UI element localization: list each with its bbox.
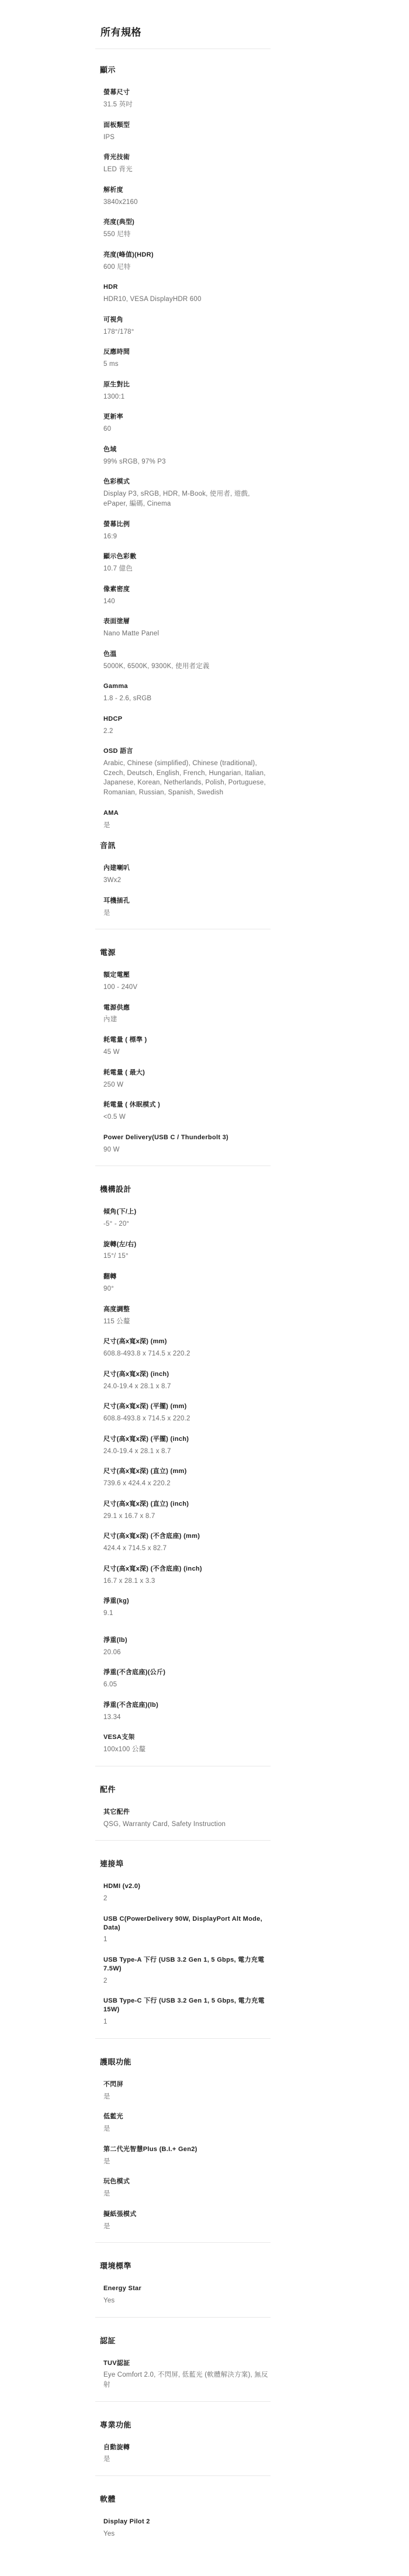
spec-item: USB Type-C 下行 (USB 3.2 Gen 1, 5 Gbps, 電力… bbox=[103, 1997, 271, 2027]
section-divider bbox=[95, 1166, 271, 1166]
section-divider bbox=[95, 929, 271, 929]
spec-value: 140 bbox=[103, 597, 271, 607]
spec-value: HDR10, VESA DisplayHDR 600 bbox=[103, 295, 271, 305]
spec-items: 內建喇叭 3Wx2 耳機插孔 是 bbox=[95, 864, 271, 918]
spec-value: 3Wx2 bbox=[103, 876, 271, 886]
spec-value: 31.5 英吋 bbox=[103, 100, 271, 110]
spec-value: 2.2 bbox=[103, 727, 271, 737]
spec-label: Power Delivery(USB C / Thunderbolt 3) bbox=[103, 1133, 271, 1142]
spec-items: TUV認証 Eye Comfort 2.0, 不閃屏, 低藍光 (軟體解決方案)… bbox=[95, 2359, 271, 2390]
spec-label: 內建喇叭 bbox=[103, 864, 271, 873]
spec-section: 電源 額定電壓 100 - 240V 電源供應 內建 耗電量 ( 標準 ) 45… bbox=[95, 929, 271, 1154]
spec-value: Yes bbox=[103, 2529, 271, 2539]
spec-item: USB C(PowerDelivery 90W, DisplayPort Alt… bbox=[103, 1915, 271, 1945]
spec-label: 尺寸(高x寬x深) (不含底座) (inch) bbox=[103, 1565, 271, 1574]
spec-value: 90° bbox=[103, 1284, 271, 1294]
spec-value: 2 bbox=[103, 1976, 271, 1986]
spec-items: 自動旋轉 是 bbox=[95, 2443, 271, 2465]
spec-label: 低藍光 bbox=[103, 2112, 271, 2121]
spec-label: 解析度 bbox=[103, 186, 271, 195]
spec-section: 軟體 Display Pilot 2 Yes bbox=[95, 2475, 271, 2539]
spec-value: 是 bbox=[103, 2222, 271, 2232]
spec-value: 60 bbox=[103, 424, 271, 434]
spec-label: 尺寸(高x寬x深) (直立) (inch) bbox=[103, 1500, 271, 1509]
spec-item: 第二代光智慧Plus (B.I.+ Gen2) 是 bbox=[103, 2145, 271, 2167]
spec-items: 其它配件 QSG, Warranty Card, Safety Instruct… bbox=[95, 1808, 271, 1830]
spec-section: 護眼功能 不閃屏 是 低藍光 是 第二代光智慧Plus (B.I.+ Gen2)… bbox=[95, 2038, 271, 2231]
spec-page: 所有規格 顯示 螢幕尺寸 31.5 英吋 面板類型 IPS 背光技術 LED 背… bbox=[95, 0, 271, 2539]
spec-value: 178°/178° bbox=[103, 327, 271, 337]
spec-label: VESA支架 bbox=[103, 1733, 271, 1742]
spec-item: 尺寸(高x寬x深) (直立) (mm) 739.6 x 424.4 x 220.… bbox=[103, 1467, 271, 1489]
spec-item: VESA支架 100x100 公釐 bbox=[103, 1733, 271, 1755]
spec-section: 顯示 螢幕尺寸 31.5 英吋 面板類型 IPS 背光技術 LED 背光 解析度… bbox=[95, 65, 271, 830]
spec-label: 翻轉 bbox=[103, 1273, 271, 1281]
spec-label: 尺寸(高x寬x深) (不含底座) (mm) bbox=[103, 1532, 271, 1541]
spec-value: 5000K, 6500K, 9300K, 使用者定義 bbox=[103, 662, 271, 672]
spec-label: 其它配件 bbox=[103, 1808, 271, 1817]
section-title: 音訊 bbox=[100, 841, 271, 851]
spec-item: 傾角(下/上) -5° - 20° bbox=[103, 1208, 271, 1229]
spec-label: 面板類型 bbox=[103, 121, 271, 130]
spec-item: 淨重(lb) 20.06 bbox=[103, 1636, 271, 1658]
spec-label: 耗電量 ( 最大) bbox=[103, 1069, 271, 1077]
spec-label: 淨重(lb) bbox=[103, 1636, 271, 1645]
spec-label: 原生對比 bbox=[103, 381, 271, 389]
spec-label: 淨重(不含底座)(公斤) bbox=[103, 1668, 271, 1677]
section-title: 軟體 bbox=[100, 2495, 271, 2505]
spec-value: 90 W bbox=[103, 1145, 271, 1155]
spec-items: 額定電壓 100 - 240V 電源供應 內建 耗電量 ( 標準 ) 45 W … bbox=[95, 971, 271, 1154]
spec-value: 2 bbox=[103, 1894, 271, 1904]
spec-value: 24.0-19.4 x 28.1 x 8.7 bbox=[103, 1447, 271, 1457]
spec-item: Power Delivery(USB C / Thunderbolt 3) 90… bbox=[103, 1133, 271, 1155]
spec-label: 色彩模式 bbox=[103, 478, 271, 486]
spec-items: HDMI (v2.0) 2 USB C(PowerDelivery 90W, D… bbox=[95, 1882, 271, 2027]
spec-item: 顯示色彩數 10.7 億色 bbox=[103, 552, 271, 574]
spec-item: 淨重(不含底座)(lb) 13.34 bbox=[103, 1701, 271, 1723]
spec-item: 耳機插孔 是 bbox=[103, 897, 271, 918]
spec-item: 色彩模式 Display P3, sRGB, HDR, M-Book, 使用者,… bbox=[103, 478, 271, 509]
spec-section: 認証 TUV認証 Eye Comfort 2.0, 不閃屏, 低藍光 (軟體解決… bbox=[95, 2317, 271, 2390]
spec-value: 是 bbox=[103, 2124, 271, 2134]
spec-label: 耳機插孔 bbox=[103, 897, 271, 905]
spec-label: HDR bbox=[103, 283, 271, 292]
spec-item: 額定電壓 100 - 240V bbox=[103, 971, 271, 993]
spec-value: Nano Matte Panel bbox=[103, 629, 271, 639]
spec-item: 尺寸(高x寬x深) (mm) 608.8-493.8 x 714.5 x 220… bbox=[103, 1337, 271, 1359]
spec-item: HDCP 2.2 bbox=[103, 715, 271, 737]
spec-label: 淨重(kg) bbox=[103, 1597, 271, 1606]
section-divider bbox=[95, 2475, 271, 2476]
spec-section: 環境標準 Energy Star Yes bbox=[95, 2242, 271, 2305]
spec-item: 色域 99% sRGB, 97% P3 bbox=[103, 445, 271, 467]
spec-label: 尺寸(高x寬x深) (平擺) (inch) bbox=[103, 1435, 271, 1444]
spec-item: 背光技術 LED 背光 bbox=[103, 153, 271, 175]
spec-value: 100 - 240V bbox=[103, 983, 271, 993]
spec-value: IPS bbox=[103, 133, 271, 143]
spec-value: 是 bbox=[103, 821, 271, 831]
spec-label: TUV認証 bbox=[103, 2359, 271, 2368]
spec-value: QSG, Warranty Card, Safety Instruction bbox=[103, 1820, 271, 1830]
spec-item: 亮度(典型) 550 尼特 bbox=[103, 218, 271, 240]
section-title: 認証 bbox=[100, 2336, 271, 2346]
spec-label: 尺寸(高x寬x深) (inch) bbox=[103, 1370, 271, 1379]
spec-item: OSD 語言 Arabic, Chinese (simplified), Chi… bbox=[103, 747, 271, 798]
spec-label: 傾角(下/上) bbox=[103, 1208, 271, 1216]
spec-item: HDR HDR10, VESA DisplayHDR 600 bbox=[103, 283, 271, 305]
spec-value: 6.05 bbox=[103, 1680, 271, 1690]
spec-items: 傾角(下/上) -5° - 20° 旋轉(左/右) 15°/ 15° 翻轉 90… bbox=[95, 1208, 271, 1755]
spec-item: 可視角 178°/178° bbox=[103, 316, 271, 337]
spec-item: 耗電量 ( 最大) 250 W bbox=[103, 1069, 271, 1090]
spec-label: 螢幕尺寸 bbox=[103, 88, 271, 97]
spec-item: 原生對比 1300:1 bbox=[103, 381, 271, 402]
spec-value: 608.8-493.8 x 714.5 x 220.2 bbox=[103, 1349, 271, 1359]
spec-value: 24.0-19.4 x 28.1 x 8.7 bbox=[103, 1382, 271, 1392]
spec-label: Gamma bbox=[103, 682, 271, 691]
spec-item: 色溫 5000K, 6500K, 9300K, 使用者定義 bbox=[103, 650, 271, 672]
spec-label: HDCP bbox=[103, 715, 271, 724]
spec-item: 螢幕尺寸 31.5 英吋 bbox=[103, 88, 271, 110]
spec-value: 1 bbox=[103, 1935, 271, 1945]
spec-item: 低藍光 是 bbox=[103, 2112, 271, 2134]
spec-item: Energy Star Yes bbox=[103, 2284, 271, 2306]
spec-label: 背光技術 bbox=[103, 153, 271, 162]
spec-item: 尺寸(高x寬x深) (不含底座) (mm) 424.4 x 714.5 x 82… bbox=[103, 1532, 271, 1554]
spec-label: USB Type-A 下行 (USB 3.2 Gen 1, 5 Gbps, 電力… bbox=[103, 1956, 271, 1973]
spec-item: Display Pilot 2 Yes bbox=[103, 2518, 271, 2539]
spec-section: 音訊 內建喇叭 3Wx2 耳機插孔 是 bbox=[95, 841, 271, 918]
spec-value: 是 bbox=[103, 2454, 271, 2464]
spec-section: 連接埠 HDMI (v2.0) 2 USB C(PowerDelivery 90… bbox=[95, 1840, 271, 2027]
spec-item: 尺寸(高x寬x深) (平擺) (inch) 24.0-19.4 x 28.1 x… bbox=[103, 1435, 271, 1457]
spec-value: <0.5 W bbox=[103, 1112, 271, 1122]
spec-item: 高度調整 115 公釐 bbox=[103, 1305, 271, 1327]
spec-value: 100x100 公釐 bbox=[103, 1745, 271, 1755]
spec-value: 16:9 bbox=[103, 532, 271, 542]
spec-item: 更新率 60 bbox=[103, 413, 271, 434]
spec-items: Energy Star Yes bbox=[95, 2284, 271, 2306]
spec-label: 像素密度 bbox=[103, 585, 271, 594]
spec-value: 115 公釐 bbox=[103, 1317, 271, 1327]
spec-section: 配件 其它配件 QSG, Warranty Card, Safety Instr… bbox=[95, 1766, 271, 1829]
spec-sections-container: 顯示 螢幕尺寸 31.5 英吋 面板類型 IPS 背光技術 LED 背光 解析度… bbox=[95, 65, 271, 2539]
spec-item: TUV認証 Eye Comfort 2.0, 不閃屏, 低藍光 (軟體解決方案)… bbox=[103, 2359, 271, 2390]
spec-label: 玩色模式 bbox=[103, 2177, 271, 2186]
spec-value: 1 bbox=[103, 2017, 271, 2027]
spec-item: 擬紙張模式 是 bbox=[103, 2210, 271, 2232]
spec-value: 是 bbox=[103, 908, 271, 918]
spec-label: 電源供應 bbox=[103, 1004, 271, 1012]
spec-value: 29.1 x 16.7 x 8.7 bbox=[103, 1512, 271, 1522]
title-divider bbox=[95, 49, 271, 49]
section-divider bbox=[95, 1766, 271, 1766]
spec-value: 是 bbox=[103, 2189, 271, 2199]
spec-value: 13.34 bbox=[103, 1713, 271, 1723]
spec-value: 600 尼特 bbox=[103, 262, 271, 272]
spec-label: 淨重(不含底座)(lb) bbox=[103, 1701, 271, 1710]
spec-item: 耗電量 ( 標準 ) 45 W bbox=[103, 1036, 271, 1057]
spec-item: 其它配件 QSG, Warranty Card, Safety Instruct… bbox=[103, 1808, 271, 1830]
spec-item: 電源供應 內建 bbox=[103, 1004, 271, 1025]
spec-item: 像素密度 140 bbox=[103, 585, 271, 607]
spec-label: 亮度(典型) bbox=[103, 218, 271, 227]
spec-item: 解析度 3840x2160 bbox=[103, 186, 271, 208]
spec-item: 淨重(不含底座)(公斤) 6.05 bbox=[103, 1668, 271, 1690]
spec-label: 可視角 bbox=[103, 316, 271, 324]
spec-label: OSD 語言 bbox=[103, 747, 271, 756]
spec-label: HDMI (v2.0) bbox=[103, 1882, 271, 1891]
spec-value: 15°/ 15° bbox=[103, 1251, 271, 1261]
spec-value: Display P3, sRGB, HDR, M-Book, 使用者, 遊戲, … bbox=[103, 489, 271, 509]
spec-item: 自動旋轉 是 bbox=[103, 2443, 271, 2465]
spec-value: 45 W bbox=[103, 1047, 271, 1057]
spec-label: 反應時間 bbox=[103, 348, 271, 357]
spec-items: 不閃屏 是 低藍光 是 第二代光智慧Plus (B.I.+ Gen2) 是 玩色… bbox=[95, 2080, 271, 2232]
spec-value: 1300:1 bbox=[103, 392, 271, 402]
spec-item: 面板類型 IPS bbox=[103, 121, 271, 143]
page-title: 所有規格 bbox=[100, 27, 271, 39]
spec-label: Display Pilot 2 bbox=[103, 2518, 271, 2526]
spec-value: 內建 bbox=[103, 1015, 271, 1025]
spec-label: Energy Star bbox=[103, 2284, 271, 2293]
section-divider bbox=[95, 1840, 271, 1841]
section-title: 環境標準 bbox=[100, 2262, 271, 2271]
spec-value: 250 W bbox=[103, 1080, 271, 1090]
spec-item: 內建喇叭 3Wx2 bbox=[103, 864, 271, 886]
spec-value: 739.6 x 424.4 x 220.2 bbox=[103, 1479, 271, 1489]
spec-value: 9.1 bbox=[103, 1609, 271, 1619]
spec-value: Arabic, Chinese (simplified), Chinese (t… bbox=[103, 759, 271, 798]
spec-value: LED 背光 bbox=[103, 165, 271, 175]
spec-label: 表面塗層 bbox=[103, 617, 271, 626]
spec-value: 424.4 x 714.5 x 82.7 bbox=[103, 1544, 271, 1554]
spec-item: 尺寸(高x寬x深) (不含底座) (inch) 16.7 x 28.1 x 3.… bbox=[103, 1565, 271, 1586]
spec-item: 玩色模式 是 bbox=[103, 2177, 271, 2199]
spec-label: 擬紙張模式 bbox=[103, 2210, 271, 2219]
spec-label: 尺寸(高x寬x深) (平擺) (mm) bbox=[103, 1402, 271, 1411]
spec-value: 99% sRGB, 97% P3 bbox=[103, 457, 271, 467]
spec-value: 3840x2160 bbox=[103, 198, 271, 208]
spec-item: 反應時間 5 ms bbox=[103, 348, 271, 369]
spec-item: 旋轉(左/右) 15°/ 15° bbox=[103, 1240, 271, 1262]
spec-item: 尺寸(高x寬x深) (inch) 24.0-19.4 x 28.1 x 8.7 bbox=[103, 1370, 271, 1392]
section-divider bbox=[95, 2317, 271, 2318]
spec-label: 第二代光智慧Plus (B.I.+ Gen2) bbox=[103, 2145, 271, 2154]
spec-value: 是 bbox=[103, 2157, 271, 2167]
section-title: 電源 bbox=[100, 948, 271, 958]
spec-label: 耗電量 ( 休眠模式 ) bbox=[103, 1101, 271, 1109]
spec-label: 額定電壓 bbox=[103, 971, 271, 980]
spec-item: HDMI (v2.0) 2 bbox=[103, 1882, 271, 1904]
spec-item: Gamma 1.8 - 2.6, sRGB bbox=[103, 682, 271, 704]
section-title: 護眼功能 bbox=[100, 2058, 271, 2067]
spec-item: 螢幕比例 16:9 bbox=[103, 520, 271, 542]
spec-value: 20.06 bbox=[103, 1648, 271, 1658]
section-title: 顯示 bbox=[100, 65, 271, 75]
spec-value: 16.7 x 28.1 x 3.3 bbox=[103, 1576, 271, 1586]
section-divider bbox=[95, 2401, 271, 2402]
spec-section: 專業功能 自動旋轉 是 bbox=[95, 2401, 271, 2464]
spec-label: 螢幕比例 bbox=[103, 520, 271, 529]
section-title: 連接埠 bbox=[100, 1859, 271, 1869]
spec-value: -5° - 20° bbox=[103, 1219, 271, 1229]
spec-value: Eye Comfort 2.0, 不閃屏, 低藍光 (軟體解決方案), 無反射 bbox=[103, 2370, 271, 2390]
spec-label: 顯示色彩數 bbox=[103, 552, 271, 561]
spec-item: 翻轉 90° bbox=[103, 1273, 271, 1294]
spec-label: USB Type-C 下行 (USB 3.2 Gen 1, 5 Gbps, 電力… bbox=[103, 1997, 271, 2014]
spec-label: 尺寸(高x寬x深) (直立) (mm) bbox=[103, 1467, 271, 1476]
spec-label: 旋轉(左/右) bbox=[103, 1240, 271, 1249]
section-divider bbox=[95, 2242, 271, 2243]
spec-item: 亮度(峰值)(HDR) 600 尼特 bbox=[103, 251, 271, 272]
spec-value: Yes bbox=[103, 2296, 271, 2306]
spec-item: AMA 是 bbox=[103, 809, 271, 831]
spec-label: 亮度(峰值)(HDR) bbox=[103, 251, 271, 260]
spec-label: 更新率 bbox=[103, 413, 271, 421]
spec-value: 1.8 - 2.6, sRGB bbox=[103, 694, 271, 704]
spec-value: 10.7 億色 bbox=[103, 564, 271, 574]
spec-value: 5 ms bbox=[103, 359, 271, 369]
section-title: 機構設計 bbox=[100, 1185, 271, 1195]
section-title: 配件 bbox=[100, 1785, 271, 1795]
spec-label: USB C(PowerDelivery 90W, DisplayPort Alt… bbox=[103, 1915, 271, 1932]
spec-items: Display Pilot 2 Yes bbox=[95, 2518, 271, 2539]
spec-item: 尺寸(高x寬x深) (直立) (inch) 29.1 x 16.7 x 8.7 bbox=[103, 1500, 271, 1522]
spec-section: 機構設計 傾角(下/上) -5° - 20° 旋轉(左/右) 15°/ 15° … bbox=[95, 1166, 271, 1755]
spec-label: 高度調整 bbox=[103, 1305, 271, 1314]
spec-item: 不閃屏 是 bbox=[103, 2080, 271, 2102]
spec-label: 色溫 bbox=[103, 650, 271, 659]
spec-item: 尺寸(高x寬x深) (平擺) (mm) 608.8-493.8 x 714.5 … bbox=[103, 1402, 271, 1424]
spec-value: 是 bbox=[103, 2092, 271, 2102]
spec-label: 尺寸(高x寬x深) (mm) bbox=[103, 1337, 271, 1346]
spec-value: 550 尼特 bbox=[103, 230, 271, 240]
spec-item: USB Type-A 下行 (USB 3.2 Gen 1, 5 Gbps, 電力… bbox=[103, 1956, 271, 1986]
spec-items: 螢幕尺寸 31.5 英吋 面板類型 IPS 背光技術 LED 背光 解析度 38… bbox=[95, 88, 271, 830]
spec-item: 耗電量 ( 休眠模式 ) <0.5 W bbox=[103, 1101, 271, 1122]
spec-item: 表面塗層 Nano Matte Panel bbox=[103, 617, 271, 639]
spec-label: 不閃屏 bbox=[103, 2080, 271, 2089]
spec-item: 淨重(kg) 9.1 bbox=[103, 1597, 271, 1619]
spec-value: 608.8-493.8 x 714.5 x 220.2 bbox=[103, 1414, 271, 1424]
spec-label: 自動旋轉 bbox=[103, 2443, 271, 2452]
spec-label: AMA bbox=[103, 809, 271, 818]
spec-label: 色域 bbox=[103, 445, 271, 454]
section-divider bbox=[95, 2038, 271, 2039]
spec-label: 耗電量 ( 標準 ) bbox=[103, 1036, 271, 1045]
section-title: 專業功能 bbox=[100, 2421, 271, 2430]
